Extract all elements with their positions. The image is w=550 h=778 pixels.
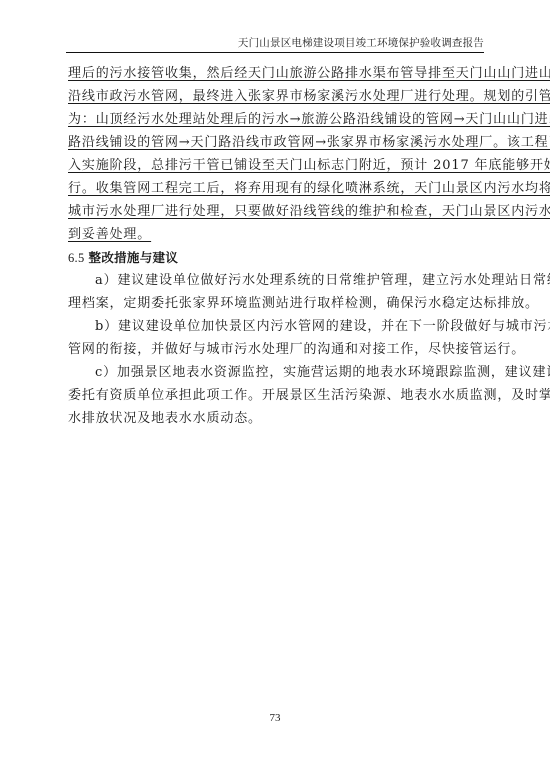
- running-header: 天门山景区电梯建设项目竣工环境保护验收调查报告: [66, 36, 484, 53]
- paragraph-continued: 理后的污水接管收集，然后经天门山旅游公路排水渠布管导排至天门山山门进山公路 沿线…: [68, 62, 486, 246]
- section-number: 6.5: [68, 251, 85, 265]
- section-title: 整改措施与建议: [89, 250, 179, 265]
- text-line: 管网的衔接，并做好与城市污水处理厂的沟通和对接工作，尽快接管运行。: [68, 338, 486, 361]
- text-line: b）建议建设单位加快景区内污水管网的建设，并在下一阶段做好与城市污水市政: [68, 315, 486, 338]
- header-title: 天门山景区电梯建设项目竣工环境保护验收调查报告: [238, 37, 484, 49]
- document-page: 天门山景区电梯建设项目竣工环境保护验收调查报告 理后的污水接管收集，然后经天门山…: [0, 0, 550, 778]
- document-body: 理后的污水接管收集，然后经天门山旅游公路排水渠布管导排至天门山山门进山公路 沿线…: [68, 62, 486, 430]
- page-number: 73: [0, 712, 550, 724]
- section-heading: 6.5整改措施与建议: [68, 246, 486, 269]
- text-line: c）加强景区地表水资源监控，实施营运期的地表水环境跟踪监测，建议建设单位: [68, 361, 486, 384]
- text-line: 理后的污水接管收集，然后经天门山旅游公路排水渠布管导排至天门山山门进山公路: [68, 62, 486, 85]
- text-line: 入实施阶段，总排污干管已铺设至天门山标志门附近，预计 2017 年底能够开始接管…: [68, 154, 486, 177]
- text-line: 行。收集管网工程完工后，将弃用现有的绿化喷淋系统，天门山景区内污水均将纳入: [68, 177, 486, 200]
- text-line: 到妥善处理。: [68, 223, 486, 246]
- text-line: 城市污水处理厂进行处理，只要做好沿线管线的维护和检查，天门山景区内污水将得: [68, 200, 486, 223]
- text-line: 路沿线铺设的管网→天门路沿线市政管网→张家界市杨家溪污水处理厂。该工程已进: [68, 131, 486, 154]
- text-line: a）建议建设单位做好污水处理系统的日常维护管理，建立污水处理站日常维护管: [68, 269, 486, 292]
- text-line: 委托有资质单位承担此项工作。开展景区生活污染源、地表水水质监测，及时掌握污: [68, 384, 486, 407]
- text-line: 沿线市政污水管网，最终进入张家界市杨家溪污水处理厂进行处理。规划的引管路线: [68, 85, 486, 108]
- recommendation-a: a）建议建设单位做好污水处理系统的日常维护管理，建立污水处理站日常维护管 理档案…: [68, 269, 486, 315]
- text-line: 理档案，定期委托张家界环境监测站进行取样检测，确保污水稳定达标排放。: [68, 292, 486, 315]
- recommendation-c: c）加强景区地表水资源监控，实施营运期的地表水环境跟踪监测，建议建设单位 委托有…: [68, 361, 486, 430]
- text-line: 为：山顶经污水处理站处理后的污水→旅游公路沿线铺设的管网→天门山山门进山公: [68, 108, 486, 131]
- recommendation-b: b）建议建设单位加快景区内污水管网的建设，并在下一阶段做好与城市污水市政 管网的…: [68, 315, 486, 361]
- text-line: 水排放状况及地表水水质动态。: [68, 407, 486, 430]
